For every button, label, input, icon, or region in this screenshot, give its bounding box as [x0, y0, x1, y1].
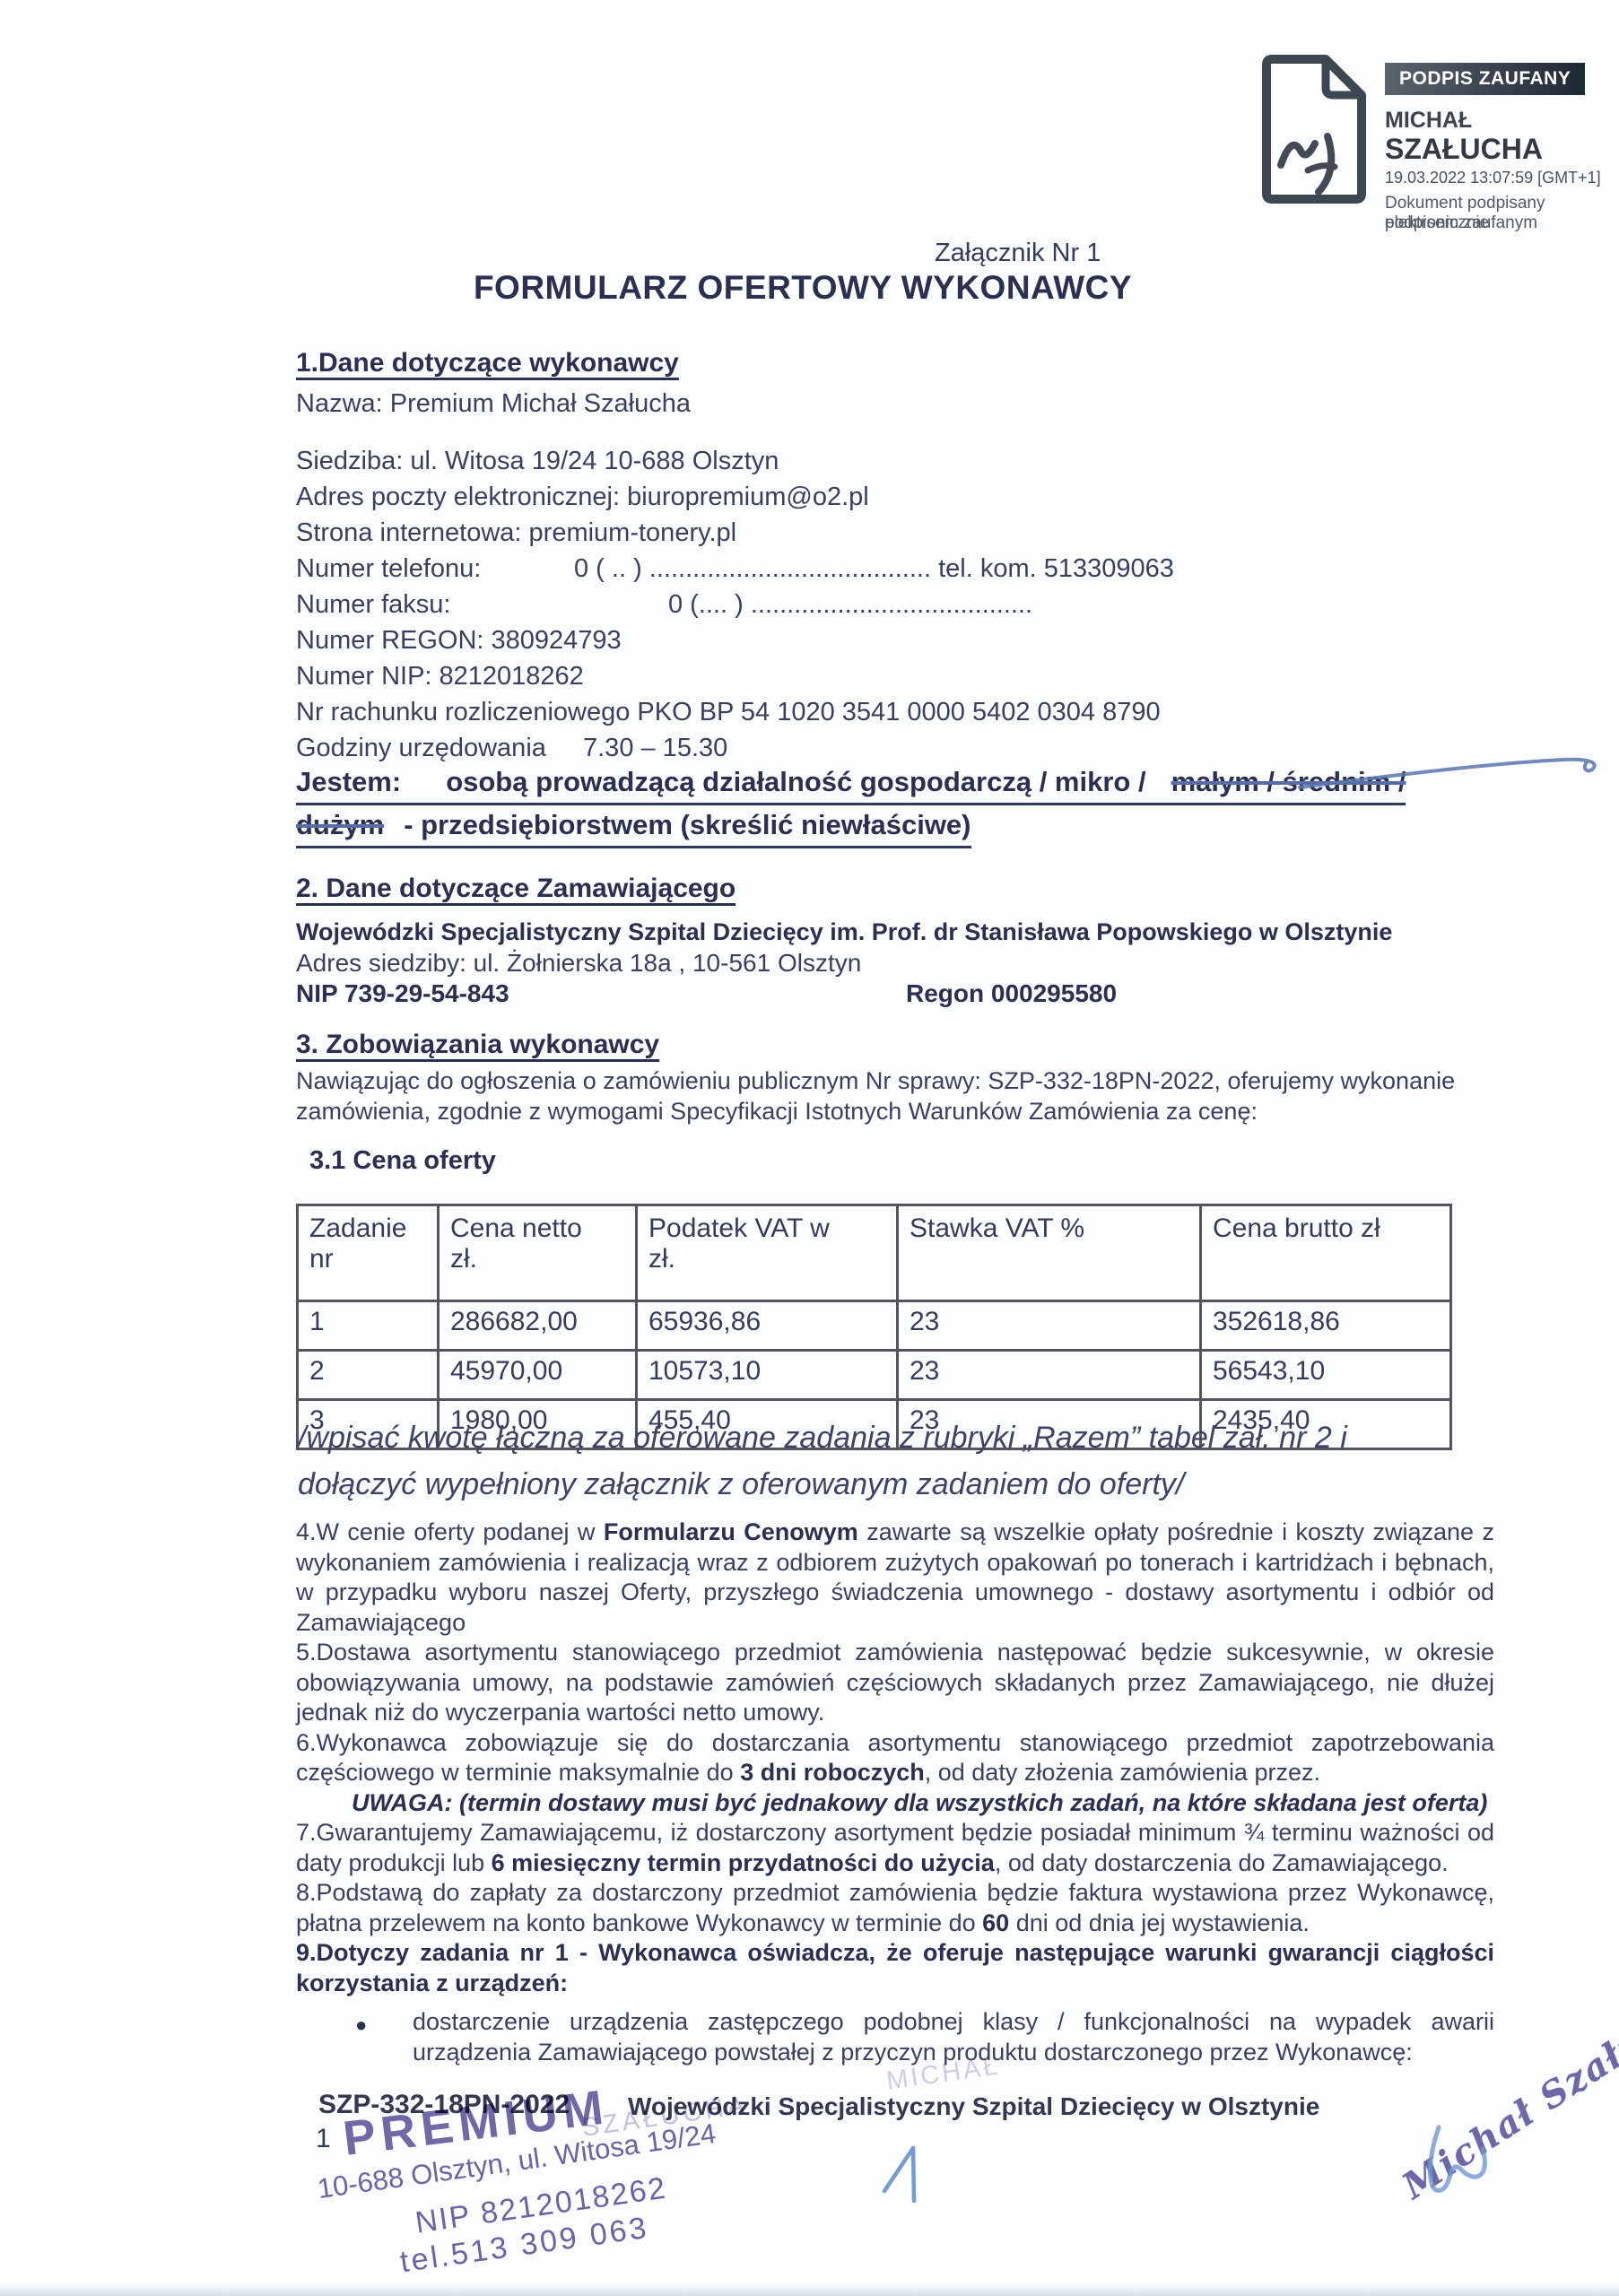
uwaga-label: UWAGA:: [352, 1789, 452, 1816]
term-9-bullet: ● dostarczenie urządzenia zastępczego po…: [296, 2007, 1494, 2067]
col-zadanie-nr: Zadanie nr: [298, 1205, 439, 1301]
term-4-text-a: 4.W cenie oferty podanej w: [296, 1518, 604, 1545]
office-hours-value: 7.30 – 15.30: [583, 734, 727, 763]
table-row: 1 286682,00 65936,86 23 352618,86: [298, 1301, 1451, 1351]
signature-note-line2: podpisem zaufanym: [1385, 213, 1537, 233]
term-9: 9.Dotyczy zadania nr 1 - Wykonawca oświa…: [296, 1938, 1494, 1998]
cell-brutto: 352618,86: [1201, 1301, 1451, 1351]
phone-value: 0 ( .. ) ...............................…: [574, 554, 1174, 584]
cell-stawka: 23: [898, 1351, 1201, 1400]
col-stawka-vat: Stawka VAT %: [898, 1205, 1201, 1301]
term-8-bold: 60: [982, 1909, 1009, 1936]
page-title: FORMULARZ OFERTOWY WYKONAWCY: [296, 269, 1310, 307]
section1-heading: 1.Dane dotyczące wykonawcy: [296, 348, 679, 378]
buyer-address-line: Adres siedziby: ul. Żołnierska 18a , 10-…: [296, 949, 861, 978]
bullet-icon: ●: [355, 2007, 413, 2067]
section3-heading: 3. Zobowiązania wykonawcy: [296, 1030, 659, 1060]
uwaga-text: (termin dostawy musi być jednakowy dla w…: [452, 1789, 1487, 1816]
document-signature-icon: [1254, 54, 1369, 206]
signer-last-name: SZAŁUCHA: [1385, 133, 1543, 166]
cell-netto: 45970,00: [439, 1351, 637, 1400]
page-number: 1: [316, 2124, 331, 2154]
vendor-address-line: Siedziba: ul. Witosa 19/24 10-688 Olszty…: [296, 447, 779, 476]
tender-intro: Nawiązując do ogłoszenia o zamówieniu pu…: [296, 1065, 1502, 1126]
term-uwaga: UWAGA: (termin dostawy musi być jednakow…: [296, 1788, 1494, 1819]
table-row: 2 45970,00 10573,10 23 56543,10: [298, 1351, 1451, 1400]
signer-first-name: MICHAŁ: [1385, 108, 1472, 134]
term-8-text-b: dni od dnia jej wystawienia.: [1009, 1909, 1310, 1936]
status-main: osobą prowadzącą działalność gospodarczą…: [446, 766, 1145, 797]
status-struck-duzym: dużym: [296, 809, 384, 840]
col-cena-netto: Cena netto zł.: [439, 1205, 637, 1301]
col-podatek-vat: Podatek VAT w zł.: [637, 1205, 898, 1301]
buyer-nip: NIP 739-29-54-843: [296, 979, 509, 1008]
regon-line: Numer REGON: 380924793: [296, 626, 622, 656]
cell-vat: 10573,10: [637, 1351, 898, 1400]
fax-value: 0 (.... ) ..............................…: [668, 590, 1032, 620]
term-6: 6.Wykonawca zobowiązuje się do dostarcza…: [296, 1728, 1494, 1788]
term-4-bold: Formularzu Cenowym: [604, 1518, 858, 1545]
business-status-line1: Jestem:osobą prowadzącą działalność gosp…: [296, 766, 1406, 805]
price-table: Zadanie nr Cena netto zł. Podatek VAT w …: [296, 1204, 1452, 1450]
section2-heading: 2. Dane dotyczące Zamawiającego: [296, 874, 736, 904]
cell-vat: 65936,86: [637, 1301, 898, 1351]
buyer-regon: Regon 000295580: [906, 979, 1117, 1008]
pen-mark-task-number: [879, 2142, 928, 2209]
status-suffix: - przedsiębiorstwem (skreślić niewłaściw…: [404, 809, 971, 840]
term-6-text-b: , od daty złożenia zamówienia przez.: [925, 1759, 1320, 1786]
attachment-label: Załącznik Nr 1: [935, 239, 1101, 268]
phone-label: Numer telefonu:: [296, 554, 481, 584]
scan-edge-shadow: [0, 2283, 1619, 2296]
price-section-subheading: 3.1 Cena oferty: [309, 1146, 496, 1176]
cell-brutto: 56543,10: [1201, 1351, 1451, 1400]
podpis-zaufany-badge: PODPIS ZAUFANY: [1385, 63, 1585, 95]
nip-line: Numer NIP: 8212018262: [296, 662, 584, 691]
buyer-name-line: Wojewódzki Specjalistyczny Szpital Dziec…: [296, 918, 1392, 946]
price-table-header-row: Zadanie nr Cena netto zł. Podatek VAT w …: [298, 1205, 1451, 1301]
vendor-website-line: Strona internetowa: premium-tonery.pl: [296, 518, 736, 548]
trusted-signature-stamp: PODPIS ZAUFANY MICHAŁ SZAŁUCHA 19.03.202…: [1254, 52, 1613, 231]
vendor-name-line: Nazwa: Premium Michał Szałucha: [296, 389, 691, 419]
cell-task: 1: [298, 1301, 439, 1351]
term-7: 7.Gwarantujemy Zamawiającemu, iż dostarc…: [296, 1818, 1494, 1878]
cell-stawka: 23: [898, 1301, 1201, 1351]
offer-note-line1: /wpisać kwotę łączną za oferowane zadani…: [298, 1421, 1347, 1456]
office-hours-label: Godziny urzędowania: [296, 734, 546, 763]
term-8-text-a: 8.Podstawą do zapłaty za dostarczony prz…: [296, 1879, 1494, 1936]
signature-timestamp: 19.03.2022 13:07:59 [GMT+1]: [1385, 169, 1601, 187]
status-prefix: Jestem:: [296, 766, 401, 797]
fax-label: Numer faksu:: [296, 590, 450, 620]
term-4: 4.W cenie oferty podanej w Formularzu Ce…: [296, 1518, 1494, 1638]
cell-task: 2: [298, 1351, 439, 1400]
scanned-offer-form-page: PODPIS ZAUFANY MICHAŁ SZAŁUCHA 19.03.202…: [0, 0, 1619, 2296]
cell-netto: 286682,00: [439, 1301, 637, 1351]
offer-note-line2: dołączyć wypełniony załącznik z oferowan…: [298, 1467, 1184, 1502]
bank-account-line: Nr rachunku rozliczeniowego PKO BP 54 10…: [296, 698, 1161, 727]
pen-strike-tail-mark: [1296, 750, 1606, 793]
col-cena-brutto: Cena brutto zł: [1201, 1205, 1451, 1301]
term-7-text-b: , od daty dostarczenia do Zamawiającego.: [995, 1849, 1449, 1876]
vendor-email-line: Adres poczty elektronicznej: biuropremiu…: [296, 483, 869, 512]
pen-signature-loop: [1417, 2124, 1525, 2205]
term-6-bold: 3 dni roboczych: [740, 1759, 925, 1786]
terms-section: 4.W cenie oferty podanej w Formularzu Ce…: [296, 1518, 1494, 2067]
term-8: 8.Podstawą do zapłaty za dostarczony prz…: [296, 1878, 1494, 1938]
term-7-bold: 6 miesięczny termin przydatności do użyc…: [492, 1849, 995, 1876]
term-5: 5.Dostawa asortymentu stanowiącego przed…: [296, 1638, 1494, 1728]
business-status-line2: dużym- przedsiębiorstwem (skreślić niewł…: [296, 809, 971, 848]
